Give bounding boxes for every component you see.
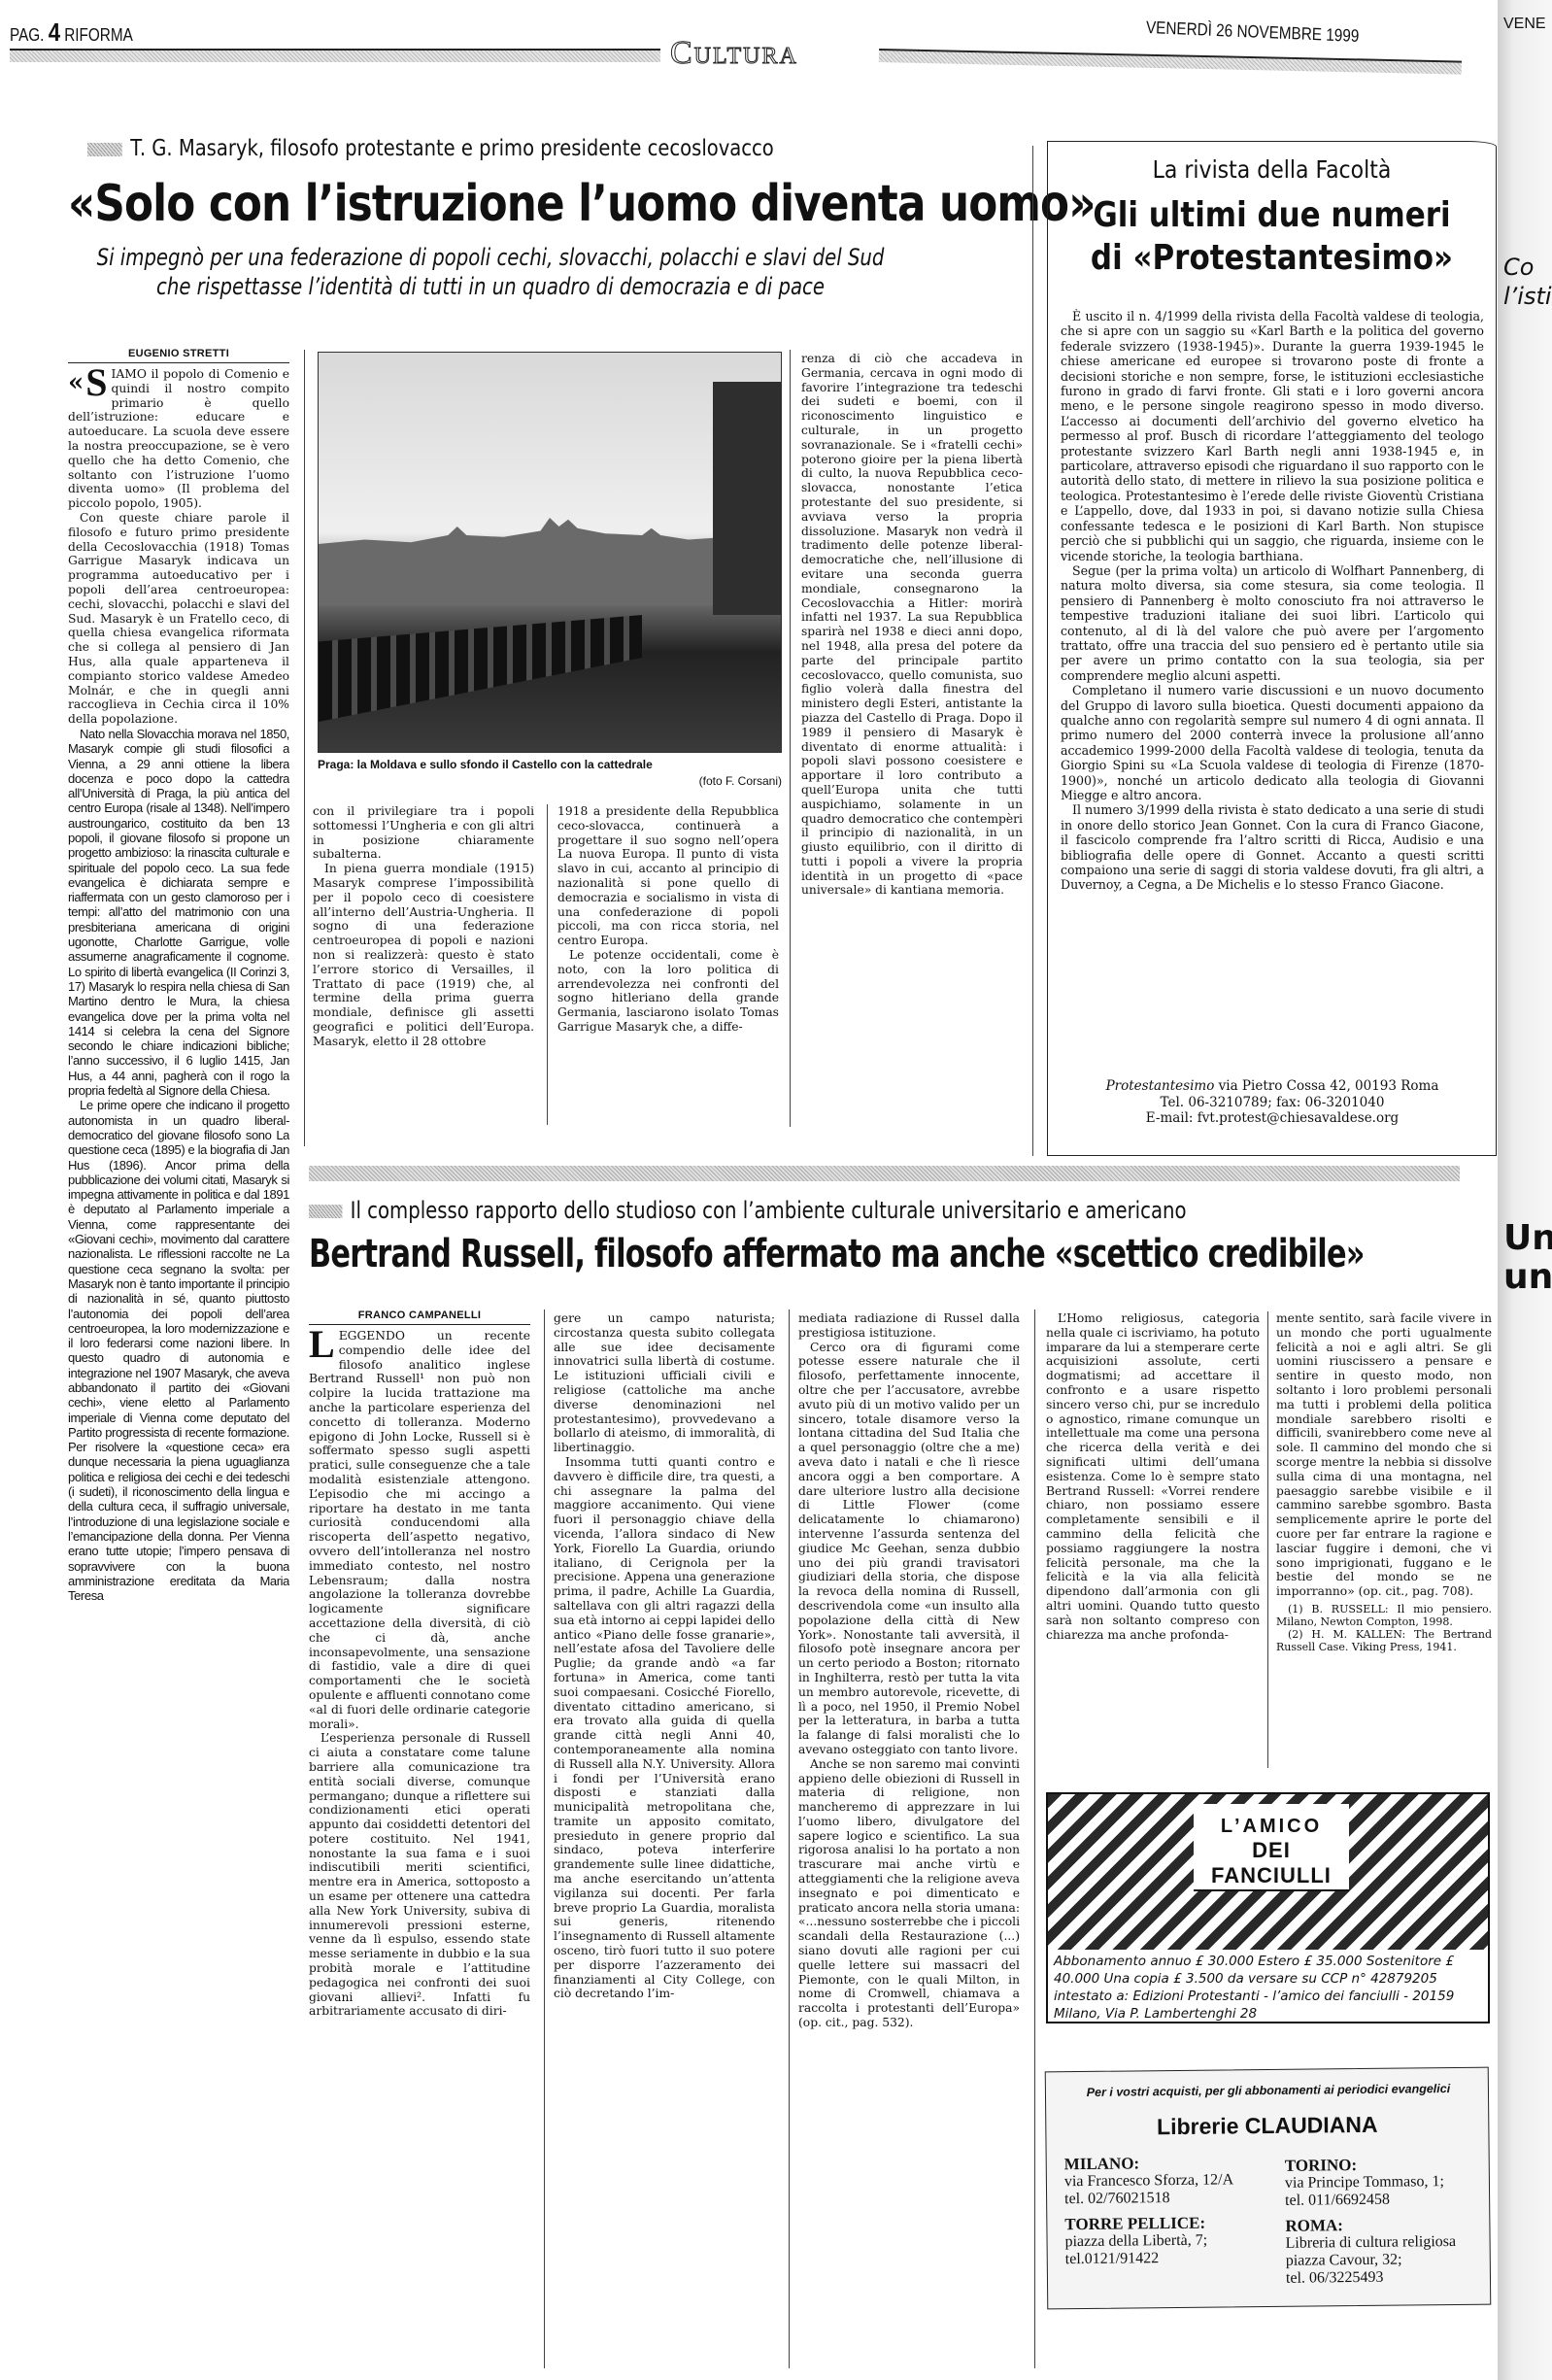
article2-headline: Bertrand Russell, filosofo affermato ma … xyxy=(309,1232,1365,1276)
article2-kicker-text: Il complesso rapporto dello studioso con… xyxy=(351,1197,1187,1224)
paragraph: Cerco ora di figurami come potesse esser… xyxy=(798,1341,1020,1757)
column-rule xyxy=(547,804,548,1125)
store-phone: tel. 011/6692458 xyxy=(1285,2191,1484,2210)
store-phone: tel.0121/91422 xyxy=(1065,2249,1269,2268)
paragraph: Con queste chiare parole il filosofo e f… xyxy=(68,511,289,727)
magazine-address: via Pietro Cossa 42, 00193 Roma xyxy=(1219,1078,1439,1094)
publication-name: RIFORMA xyxy=(64,25,133,45)
store-phone: tel. 06/3225493 xyxy=(1286,2268,1485,2288)
store-address: piazza Cavour, 32; xyxy=(1286,2251,1485,2270)
paragraph: L’Homo religiosus, categoria nella quale… xyxy=(1046,1311,1260,1642)
paragraph: gere un campo naturista; circostanza que… xyxy=(554,1311,775,1455)
kicker-shade-block xyxy=(87,143,122,156)
section-title: Cultura xyxy=(670,35,798,72)
box-contact: Protestantesimo via Pietro Cossa 42, 001… xyxy=(1061,1078,1484,1127)
riverside-building xyxy=(713,382,781,615)
paragraph: con il privilegiare tra i popoli sottome… xyxy=(313,804,534,862)
article1-column-4: renza di ciò che accadeva in Germania, c… xyxy=(801,352,1023,1129)
paragraph: Completano il numero varie discussioni e… xyxy=(1061,683,1484,802)
paragraph: Anche se non saremo mai convinti appieno… xyxy=(798,1757,1020,2030)
store-address: via Principe Tommaso, 1; xyxy=(1285,2173,1484,2193)
header-band-right xyxy=(879,49,1462,75)
photo-caption: Praga: la Moldava e sullo sfondo il Cast… xyxy=(318,758,782,771)
article2-kicker: Il complesso rapporto dello studioso con… xyxy=(309,1197,1187,1224)
page-label: PAG. xyxy=(10,25,44,45)
magazine-name: Protestantesimo xyxy=(1106,1078,1215,1094)
kicker-shade-block xyxy=(309,1205,342,1218)
edge-fragment: Col’isti xyxy=(1503,253,1552,311)
page-folio: PAG. 4 RIFORMA xyxy=(10,17,133,48)
next-page-edge: VENE Col’isti Unun xyxy=(1498,0,1552,2380)
box-kicker: La rivista della Facoltà xyxy=(1074,155,1469,184)
edge-header: VENE xyxy=(1503,17,1546,32)
article2-column-1: LEGGENDO un recente compendio delle idee… xyxy=(309,1329,530,2373)
article2-column-5: mente sentito, sarà facile vivere in un … xyxy=(1276,1311,1492,1768)
logo-line-1: L’AMICO xyxy=(1194,1804,1349,1838)
column-rule xyxy=(544,1309,545,2368)
footnote-1: (1) B. RUSSELL: Il mio pensiero. Milano,… xyxy=(1276,1603,1492,1628)
column-rule xyxy=(1267,1311,1268,1768)
article2-band xyxy=(309,1166,1460,1181)
paragraph: mediata radiazione di Russel dalla prest… xyxy=(798,1311,1020,1341)
prague-photo xyxy=(318,352,782,753)
column-rule xyxy=(304,350,305,1146)
amico-dei-fanciulli-ad[interactable]: L’AMICO DEI FANCIULLI Abbonamento annuo … xyxy=(1046,1792,1490,2023)
article2-column-2: gere un campo naturista; circostanza que… xyxy=(554,1311,775,2370)
ad-title: Librerie CLAUDIANA xyxy=(1046,2111,1488,2142)
paragraph: Il numero 3/1999 della rivista è stato d… xyxy=(1061,802,1484,892)
subscription-text: Abbonamento annuo £ 30.000 Estero £ 35.0… xyxy=(1054,1953,1486,2023)
page-number: 4 xyxy=(49,17,60,47)
magazine-email[interactable]: E-mail: fvt.protest@chiesavaldese.org xyxy=(1061,1110,1484,1127)
article1-column-2: con il privilegiare tra i popoli sottome… xyxy=(313,804,534,1125)
article1-column-3: 1918 a presidente della Repubblica ceco-… xyxy=(557,804,779,1125)
drop-cap: L xyxy=(309,1329,335,1360)
box-body: È uscito il n. 4/1999 della rivista dell… xyxy=(1061,309,1484,1071)
column-rule xyxy=(1034,1309,1035,2368)
edge-fragment: Unun xyxy=(1503,1219,1552,1297)
article1-byline: EUGENIO STRETTI xyxy=(68,348,289,363)
castle-skyline xyxy=(319,518,781,605)
issue-date: VENERDÌ 26 NOVEMBRE 1999 xyxy=(1146,17,1360,47)
store-torino: TORINO: via Principe Tommaso, 1; tel. 01… xyxy=(1285,2148,1485,2288)
box-headline: Gli ultimi due numeri di «Protestantesim… xyxy=(1078,194,1465,280)
article1-column-1: «SIAMO il popolo di Comenio e quindi il … xyxy=(68,367,289,2135)
store-city: TORRE PELLICE: xyxy=(1064,2214,1268,2233)
store-name: Libreria di cultura religiosa xyxy=(1286,2233,1485,2253)
store-address: via Francesco Sforza, 12/A xyxy=(1064,2171,1268,2191)
store-milano: MILANO: via Francesco Sforza, 12/A tel. … xyxy=(1064,2146,1269,2268)
amico-logo: L’AMICO DEI FANCIULLI xyxy=(1194,1804,1349,1891)
article2-column-3: mediata radiazione di Russel dalla prest… xyxy=(798,1311,1020,2370)
paragraph: EGGENDO un recente compendio delle idee … xyxy=(309,1329,530,1731)
paragraph: renza di ciò che accadeva in Germania, c… xyxy=(801,352,1023,898)
magazine-phone: Tel. 06-3210789; fax: 06-3201040 xyxy=(1061,1095,1484,1111)
article1-kicker-text: T. G. Masaryk, filosofo protestante e pr… xyxy=(130,136,774,161)
photo-credit: (foto F. Corsani) xyxy=(318,774,782,788)
paragraph: 1918 a presidente della Repubblica ceco-… xyxy=(557,804,779,948)
paragraph: Insomma tutti quanti contro e davvero è … xyxy=(554,1455,775,2001)
paragraph: Le prime opere che indicano il progetto … xyxy=(68,1098,289,1603)
store-address: piazza della Libertà, 7; xyxy=(1064,2231,1268,2251)
paragraph: Segue (per la prima volta) un articolo d… xyxy=(1061,563,1484,683)
logo-line-2: DEI FANCIULLI xyxy=(1194,1838,1349,1888)
store-city: ROMA: xyxy=(1285,2216,1484,2235)
river-wall xyxy=(319,615,642,722)
paragraph: L’esperienza personale di Russell ci aiu… xyxy=(309,1731,530,2019)
article1-headline: «Solo con l’istruzione l’uomo diventa uo… xyxy=(68,175,1096,233)
store-city: TORINO: xyxy=(1285,2156,1484,2175)
store-phone: tel. 02/76021518 xyxy=(1064,2189,1268,2208)
footnote-2: (2) H. M. KALLEN: The Bertrand Russell C… xyxy=(1276,1628,1492,1653)
ad-intro: Per i vostri acquisti, per gli abbonamen… xyxy=(1060,2082,1477,2100)
article2-column-4: L’Homo religiosus, categoria nella quale… xyxy=(1046,1311,1260,1768)
drop-cap: S xyxy=(85,367,107,398)
paragraph: È uscito il n. 4/1999 della rivista dell… xyxy=(1061,309,1484,563)
header-band-left xyxy=(10,49,660,62)
paragraph: Le potenze occidentali, come è noto, con… xyxy=(557,948,779,1035)
open-quote: « xyxy=(68,367,84,398)
article1-kicker: T. G. Masaryk, filosofo protestante e pr… xyxy=(87,136,774,161)
article1-subheadline: Si impegnò per una federazione di popoli… xyxy=(92,243,889,301)
store-city: MILANO: xyxy=(1064,2154,1268,2173)
claudiana-ad[interactable]: Per i vostri acquisti, per gli abbonamen… xyxy=(1045,2067,1492,2310)
article2-byline: FRANCO CAMPANELLI xyxy=(309,1309,530,1325)
column-rule xyxy=(790,350,791,1127)
paragraph: In piena guerra mondiale (1915) Masaryk … xyxy=(313,862,534,1048)
paragraph: mente sentito, sarà facile vivere in un … xyxy=(1276,1311,1492,1599)
column-rule xyxy=(1032,146,1033,1156)
column-rule xyxy=(789,1309,790,2368)
paragraph: Nato nella Slovacchia morava nel 1850, M… xyxy=(68,727,289,1098)
